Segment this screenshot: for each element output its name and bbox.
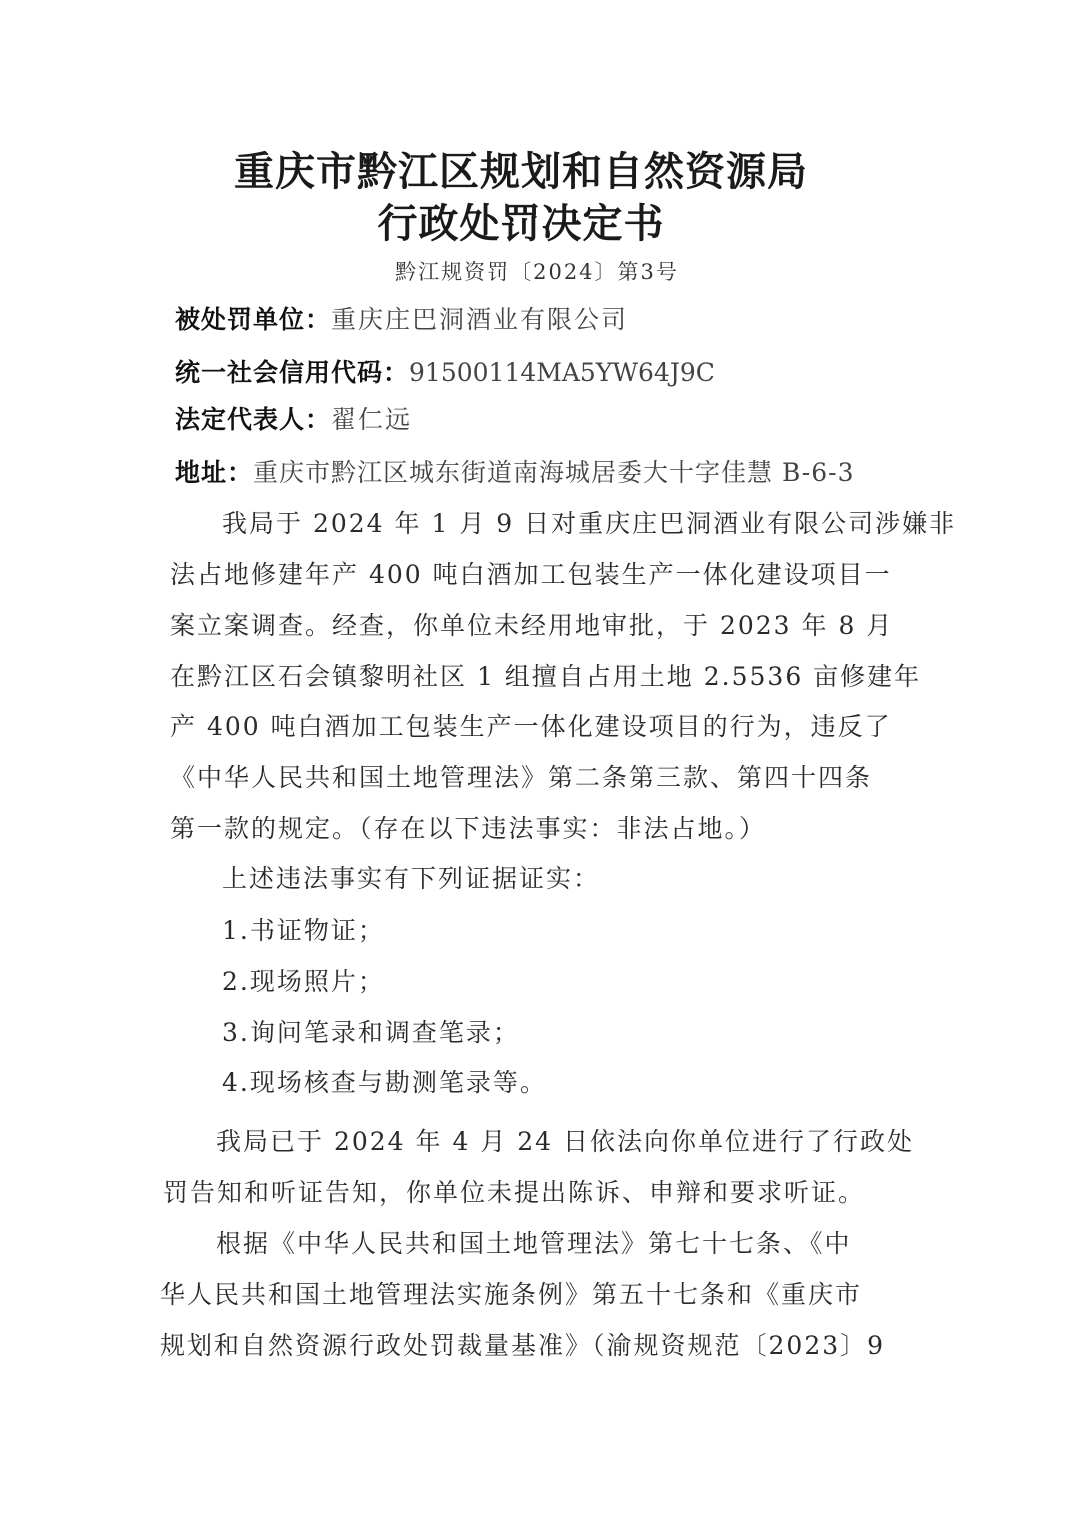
field-value: 重庆市黔江区城东街道南海城居委大十字佳慧 B-6-3 <box>253 458 855 487</box>
field-label: 地址： <box>175 458 253 487</box>
body-line: 华人民共和国土地管理法实施条例》第五十七条和《重庆市 <box>160 1275 862 1311</box>
field-label: 统一社会信用代码： <box>175 358 409 387</box>
body-line: 案立案调查。经查，你单位未经用地审批，于 2023 年 8 月 <box>170 606 893 642</box>
field-label: 被处罚单位： <box>175 305 331 334</box>
evidence-item: 2.现场照片； <box>222 962 385 998</box>
field-address: 地址：重庆市黔江区城东街道南海城居委大十字佳慧 B-6-3 <box>175 453 855 489</box>
body-line: 罚告知和听证告知，你单位未提出陈诉、申辩和要求听证。 <box>163 1173 865 1209</box>
document-number: 黔江规资罚〔2024〕第3号 <box>0 256 1074 286</box>
body-line: 第一款的规定。（存在以下违法事实：非法占地。） <box>170 809 766 845</box>
body-line: 我局已于 2024 年 4 月 24 日依法向你单位进行了行政处 <box>216 1122 914 1158</box>
body-line: 在黔江区石会镇黎明社区 1 组擅自占用土地 2.5536 亩修建年 <box>170 657 921 693</box>
field-value: 翟仁远 <box>331 405 412 434</box>
field-penalized-unit: 被处罚单位：重庆庄巴洞酒业有限公司 <box>175 300 628 336</box>
body-line: 规划和自然资源行政处罚裁量基准》（渝规资规范〔2023〕9 <box>160 1326 885 1362</box>
evidence-item: 4.现场核查与勘测笔录等。 <box>222 1063 547 1099</box>
body-line: 我局于 2024 年 1 月 9 日对重庆庄巴洞酒业有限公司涉嫌非 <box>222 504 956 540</box>
field-value: 重庆庄巴洞酒业有限公司 <box>331 305 628 334</box>
field-credit-code: 统一社会信用代码：91500114MA5YW64J9C <box>175 353 715 389</box>
body-line: 法占地修建年产 400 吨白酒加工包装生产一体化建设项目一 <box>170 555 892 591</box>
field-legal-representative: 法定代表人：翟仁远 <box>175 400 412 436</box>
evidence-item: 3.询问笔录和调查笔录； <box>222 1013 520 1049</box>
body-line: 上述违法事实有下列证据证实： <box>222 859 600 895</box>
document-title-line2: 行政处罚决定书 <box>0 192 1058 249</box>
body-line: 根据《中华人民共和国土地管理法》第七十七条、《中 <box>216 1224 852 1260</box>
document-page: 重庆市黔江区规划和自然资源局 行政处罚决定书 黔江规资罚〔2024〕第3号 被处… <box>0 0 1074 1531</box>
evidence-item: 1.书证物证； <box>222 911 385 947</box>
body-line: 《中华人民共和国土地管理法》第二条第三款、第四十四条 <box>170 758 872 794</box>
field-label: 法定代表人： <box>175 405 331 434</box>
field-value: 91500114MA5YW64J9C <box>409 358 715 387</box>
document-title-line1: 重庆市黔江区规划和自然资源局 <box>0 140 1058 197</box>
body-line: 产 400 吨白酒加工包装生产一体化建设项目的行为，违反了 <box>170 707 892 743</box>
